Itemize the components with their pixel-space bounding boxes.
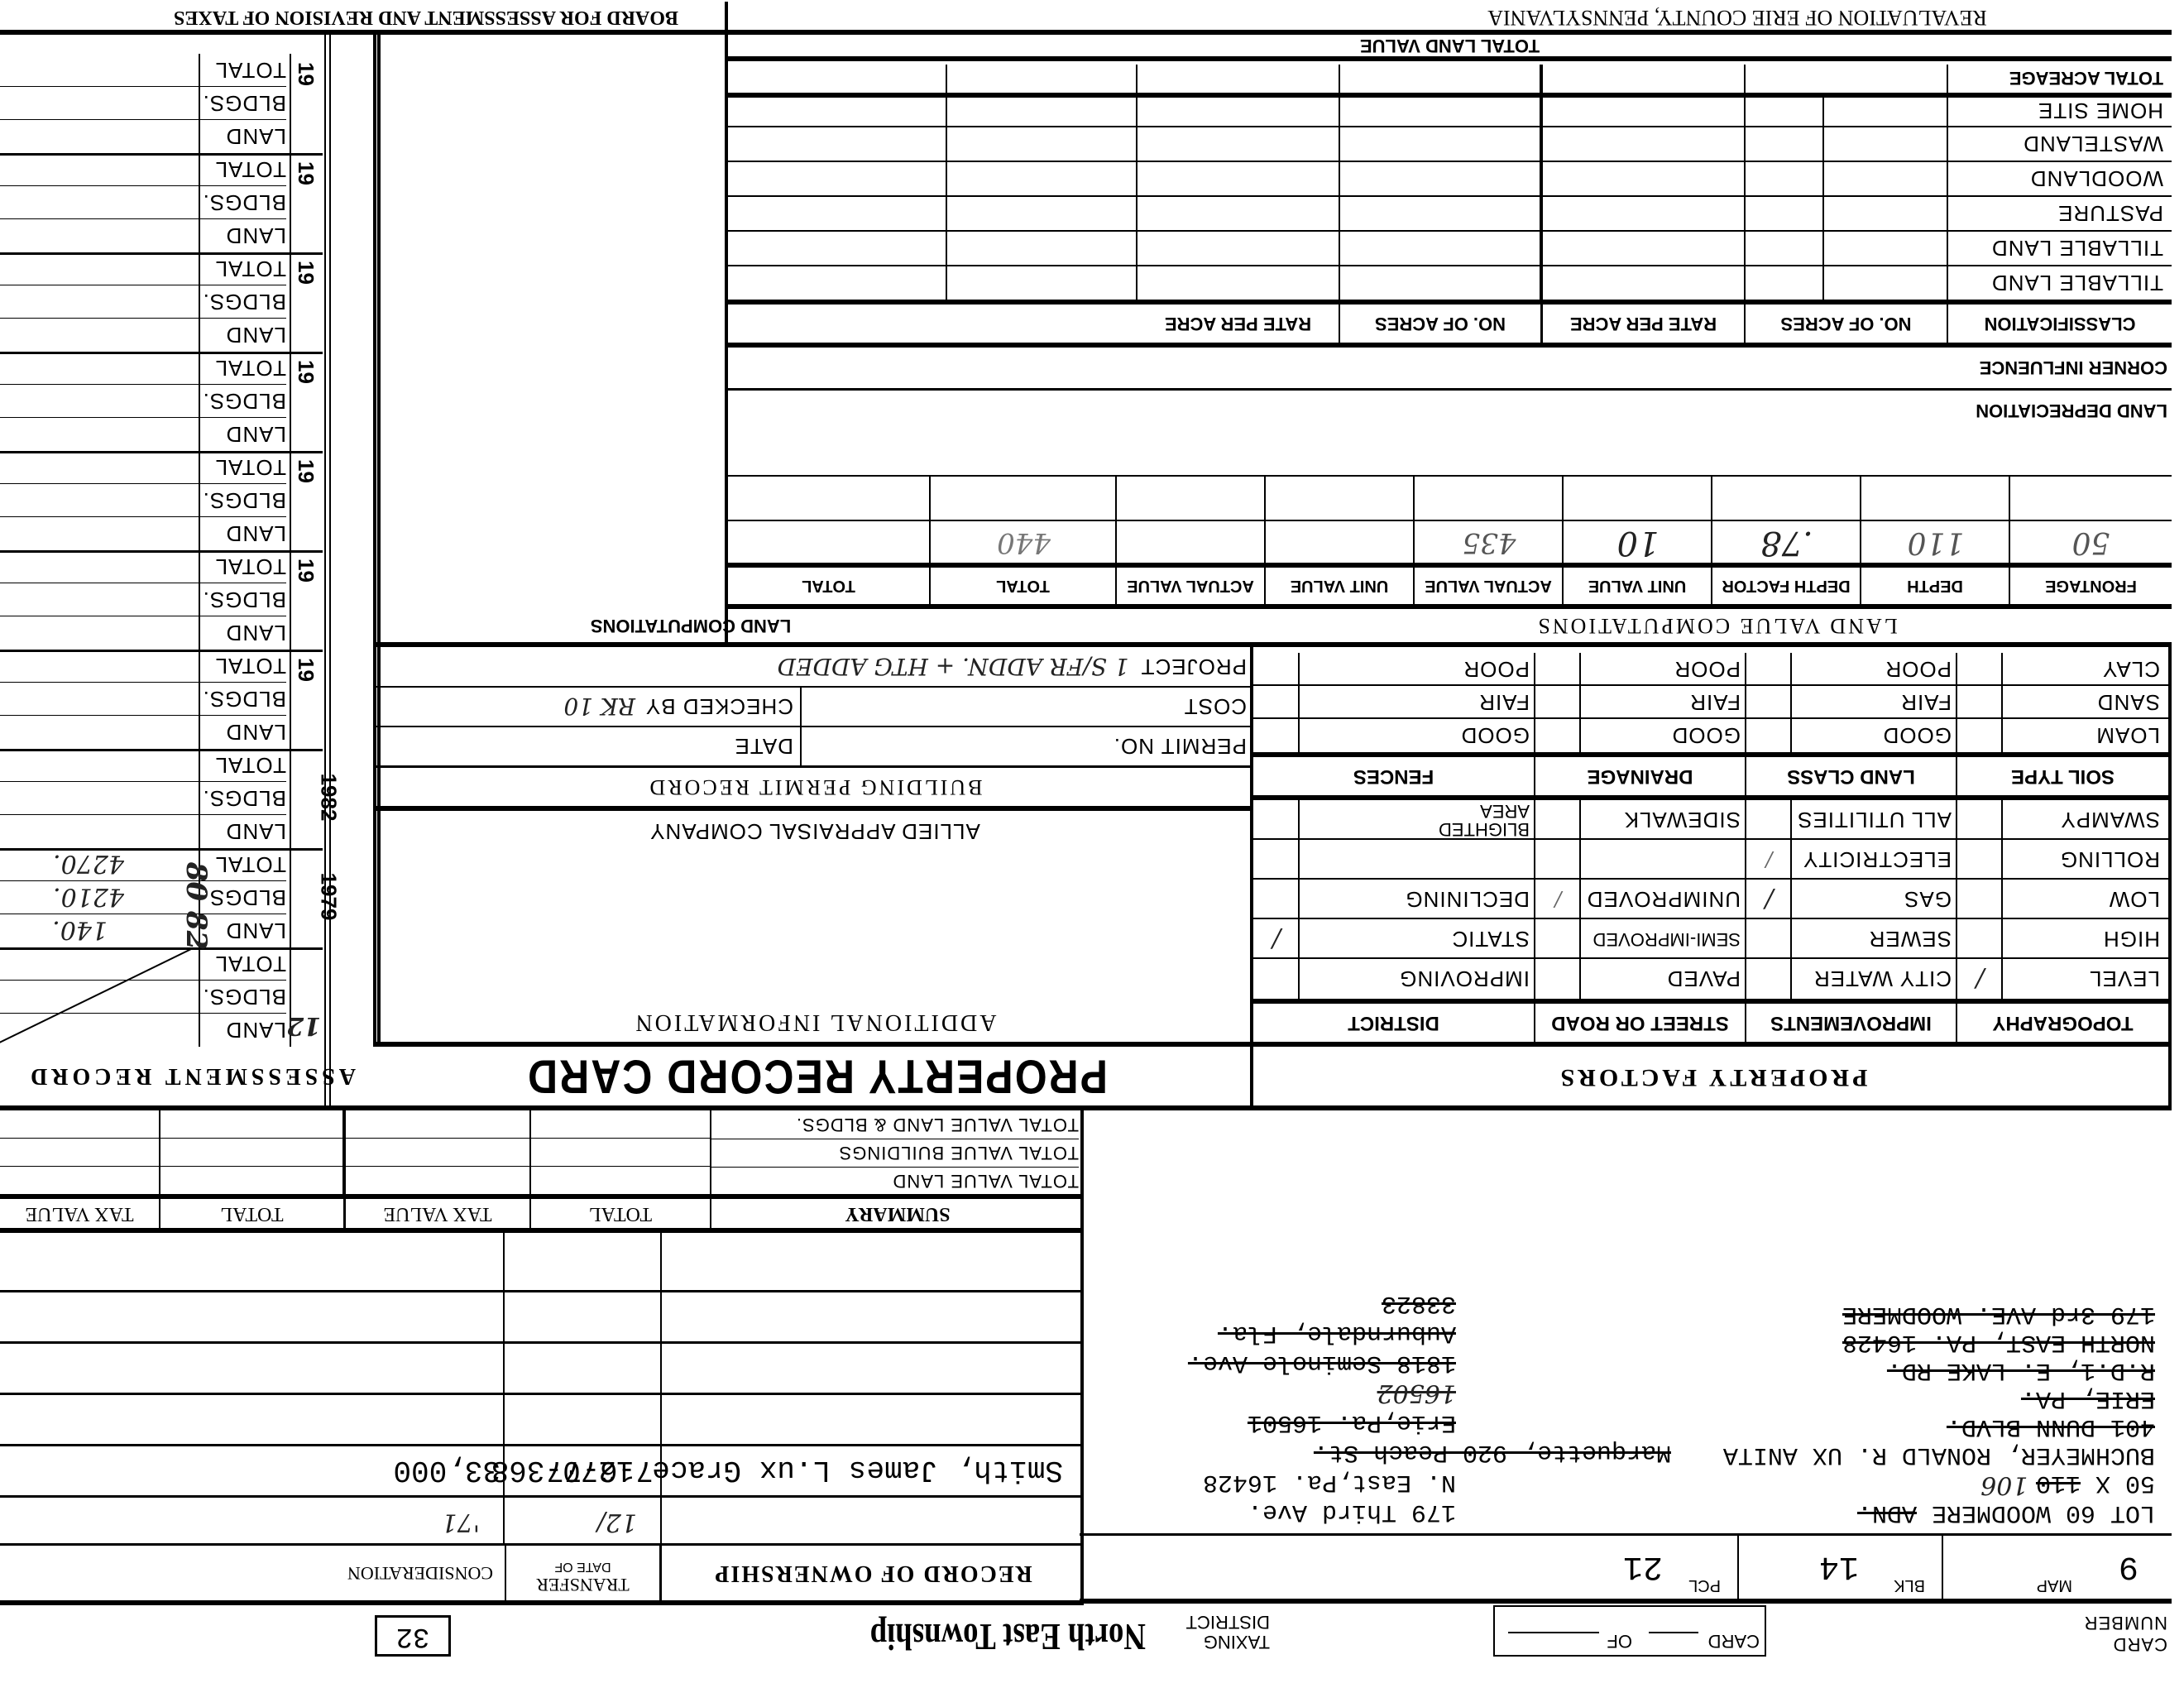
map-value: 9 (2119, 1547, 2138, 1585)
property-factors-grid: TOPOGRAPHY IMPROVEMENTS STREET OR ROAD D… (1253, 653, 2168, 1042)
old-mailing-line: Erie,Pa. 16501 (1075, 1407, 1456, 1437)
land-value-table: FRONTAGE DEPTH DEPTH FACTOR UNIT VALUE A… (728, 405, 2172, 604)
district-improving[interactable]: IMPROVING (1399, 959, 1530, 999)
old-address-line: 401 DUNN BLVD. (1642, 1412, 2155, 1441)
class-wasteland: WASTELAND (2023, 127, 2163, 161)
drainage-poor[interactable]: POOR (1674, 653, 1741, 686)
permit-cost-field[interactable]: COST (800, 688, 1247, 726)
taxing-district-label: TAXING DISTRICT (1158, 1612, 1270, 1652)
old-mailing-line: 33823 (1075, 1288, 1456, 1318)
property-factors-title: PROPERTY FACTORS (1253, 1050, 2172, 1105)
permit-date-field[interactable]: DATE (386, 727, 800, 765)
land-class-good[interactable]: GOOD (1883, 719, 1952, 752)
ownership-row[interactable]: 12/ '71 (0, 1495, 1084, 1543)
old-address-line: 179 3rd AVE. WOODMERE (1642, 1300, 2155, 1328)
soil-clay[interactable]: CLAY (2102, 653, 2160, 686)
summary-row-total: TOTAL VALUE LAND & BLDGS. (711, 1110, 1079, 1139)
street-paved[interactable]: PAVED (1667, 959, 1741, 999)
soil-loam[interactable]: LOAM (2095, 719, 2160, 752)
additional-info-area[interactable] (381, 852, 1249, 1001)
mailing-address-line: 179 Third Ave. (1075, 1497, 1456, 1527)
district-blighted-area[interactable]: BLIGHTED AREA (1397, 800, 1530, 840)
ownership-row[interactable]: Smith, James L.ux Grace 1270-368 7-6-77 … (0, 1444, 1084, 1495)
building-permit-title: BUILDING PERMIT RECORD (381, 768, 1249, 806)
assessment-year-block[interactable]: LAND BLDGS. TOTAL 12 (0, 947, 323, 1047)
assessment-year-block[interactable]: 19 LAND BLDGS. TOTAL (0, 352, 323, 451)
consideration-header: CONSIDERATION (0, 1544, 505, 1602)
old-mailing-line: Auburndale, Fla. (1075, 1318, 1456, 1348)
assessment-bldgs-value: 4210. (53, 882, 124, 911)
class-woodland: WOODLAND (2030, 162, 2163, 195)
of-label: OF (1607, 1630, 1632, 1652)
taxing-district-value: North East Township (870, 1615, 1146, 1659)
class-total-acreage: TOTAL ACREAGE (2009, 63, 2163, 93)
old-mailing-line: 16502 (1075, 1378, 1456, 1407)
checked-by-field[interactable]: CHECKED BY RK 10 (386, 688, 800, 726)
ownership-title: RECORD OF OWNERSHIP (662, 1544, 1084, 1602)
class-home-site: HOME SITE (2038, 96, 2163, 126)
topography-level[interactable]: LEVEL (2089, 959, 2160, 999)
card-of-box[interactable]: CARD OF (1493, 1605, 1766, 1657)
land-computations-label: LAND COMPUTATIONS (422, 609, 960, 642)
improvements-gas[interactable]: GAS (1904, 880, 1952, 919)
assessment-year-block[interactable]: 19 LAND BLDGS. TOTAL (0, 153, 323, 252)
improvements-all-utilities[interactable]: ALL UTILITIES (1797, 800, 1952, 840)
assessment-year-block[interactable]: 1979 LAND BLDGS. TOTAL 140. 4210. 4270. … (0, 848, 323, 947)
fences-poor[interactable]: POOR (1463, 653, 1530, 686)
address-left: LOT 60 WOODMERE ADN. 50 X 110 106 BUCHME… (1642, 1300, 2155, 1527)
additional-info-title: ADDITIONAL INFORMATION (381, 1001, 1249, 1043)
old-address-line: ERIE, PA. (1642, 1384, 2155, 1412)
class-tillable-land-2: TILLABLE LAND (1991, 232, 2163, 265)
card-title: PROPERTY RECORD CARD (381, 1044, 1253, 1109)
map-cell[interactable]: MAP 9 (1942, 1535, 2172, 1601)
dimension-line: 50 X 110 106 (1642, 1469, 2155, 1499)
appraisal-company: ALLIED APPRAISAL COMPANY (381, 815, 1249, 848)
land-value-title: LAND VALUE COMPUTATIONS (1262, 609, 2172, 642)
topography-rolling[interactable]: ROLLING (2060, 840, 2160, 880)
class-tillable-land: TILLABLE LAND (1991, 266, 2163, 300)
assessment-year-block[interactable]: 19 LAND BLDGS. TOTAL (0, 451, 323, 550)
drainage-good[interactable]: GOOD (1672, 719, 1741, 752)
assessment-year-block[interactable]: 19 LAND BLDGS. TOTAL (0, 54, 323, 153)
project-field[interactable]: PROJECT 1 S/FR ADDN. + HTG ADDED (386, 648, 1247, 686)
legal-desc-line: LOT 60 WOODMERE ADN. (1642, 1499, 2155, 1527)
soil-rows: LOAM SAND CLAY GOOD FAIR POOR GOOD FAIR … (1253, 653, 2168, 752)
blk-value: 14 (1819, 1547, 1859, 1585)
old-address-line: R.D.1, E. LAKE RD. (1642, 1356, 2155, 1384)
ownership-row[interactable] (0, 1290, 1084, 1341)
ownership-row[interactable] (0, 1393, 1084, 1444)
drainage-fair[interactable]: FAIR (1689, 686, 1741, 719)
blk-cell[interactable]: BLK 14 (1737, 1535, 1942, 1601)
depth-value[interactable]: 110 (1861, 523, 2010, 563)
board-title: BOARD FOR ASSESSMENT AND REVISION OF TAX… (12, 3, 840, 31)
old-address-line: NORTH EAST, PA. 16428 (1642, 1328, 2155, 1356)
fences-fair[interactable]: FAIR (1478, 686, 1530, 719)
class-pasture: PASTURE (2057, 197, 2163, 230)
mailing-address-line: N. East,Pa. 16428 (1075, 1467, 1456, 1497)
street-sidewalk[interactable]: SIDEWALK (1624, 800, 1741, 840)
revaluation-title: REVALUATION OF ERIE COUNTY, PENNSYLVANIA (1448, 3, 2027, 31)
street-semi-improved[interactable]: SEMI-IMPROVED (1593, 919, 1741, 959)
summary-row-land: TOTAL VALUE LAND (711, 1167, 1079, 1195)
assessment-total-value: 4270. (53, 849, 124, 878)
property-record-card: CARD NUMBER CARD OF TAXING DISTRICT Nort… (0, 0, 2184, 1688)
ownership-row[interactable] (0, 1235, 1084, 1290)
check-mark-icon[interactable]: / (1535, 880, 1581, 919)
summary-header: SUMMARY TOTAL TAX VALUE TOTAL TAX VALUE (0, 1199, 1084, 1229)
transfer-date: 7-6-77 (546, 1453, 654, 1487)
assessment-title: ASSESSMENT RECORD (0, 1055, 356, 1096)
improvements-sewer[interactable]: SEWER (1869, 919, 1952, 959)
check-mark-icon[interactable]: / (1746, 880, 1792, 919)
date-of-transfer-header: TRANSFER DATE OF (505, 1544, 662, 1602)
assessment-year-block[interactable]: 19 LAND BLDGS. TOTAL (0, 650, 323, 749)
actual-value[interactable]: 435 (1415, 523, 1564, 563)
assessment-grid: LAND BLDGS. TOTAL 12 1979 LAND BLDGS. TO… (0, 33, 323, 1047)
unit-value[interactable]: 10 (1564, 523, 1712, 563)
permit-no-field[interactable]: PERMIT NO. (800, 727, 1247, 765)
topography-high[interactable]: HIGH (2103, 919, 2160, 959)
box-number: 32 (375, 1615, 451, 1657)
parcel-id-row: MAP 9 BLK 14 PCL 21 (1080, 1535, 2172, 1601)
assessment-year-block[interactable]: 19 LAND BLDGS. TOTAL (0, 252, 323, 352)
fences-good[interactable]: GOOD (1461, 719, 1530, 752)
owner-name: BUCHMEYER, RONALD R. UX ANITA (1642, 1441, 2155, 1469)
district-declining[interactable]: DECLINING (1405, 880, 1530, 919)
card-number-label: CARD NUMBER (2068, 1612, 2167, 1655)
address-right: 179 Third Ave. N. East,Pa. 16428 Marquet… (1075, 1288, 1456, 1527)
summary-rows: TOTAL VALUE LAND TOTAL VALUE BUILDINGS T… (0, 1109, 1084, 1195)
old-mailing-line: 1818 Seminole Ave. (1075, 1348, 1456, 1378)
ownership-header: RECORD OF OWNERSHIP TRANSFER DATE OF CON… (0, 1544, 1084, 1602)
land-class-poor[interactable]: POOR (1885, 653, 1952, 686)
corner-influence-label: CORNER INFLUENCE (1837, 348, 2167, 387)
pcl-cell[interactable]: PCL 21 (1080, 1535, 1737, 1601)
consideration-value: 33,000 (393, 1453, 500, 1487)
total-value[interactable]: 440 (931, 523, 1117, 563)
card-label: CARD (1708, 1630, 1760, 1652)
total-land-value-label: TOTAL LAND VALUE (728, 33, 2172, 58)
building-permit-grid: PERMIT NO. DATE COST CHECKED BY RK 10 PR… (376, 645, 1253, 765)
improvements-city-water[interactable]: CITY WATER (1813, 959, 1952, 999)
factor-rows: LEVEL HIGH LOW ROLLING SWAMPY / CITY WAT… (1253, 800, 2168, 999)
soil-sand[interactable]: SAND (2097, 686, 2160, 719)
old-mailing-line: Marquette, 920 Peach St. (1075, 1437, 1671, 1467)
check-mark-icon[interactable]: / (1746, 840, 1792, 880)
check-mark-icon[interactable]: / (1957, 959, 2003, 999)
depth-factor-value[interactable]: .78 (1712, 523, 1861, 563)
district-static[interactable]: STATIC (1451, 919, 1530, 959)
topography-swampy[interactable]: SWAMPY (2060, 800, 2160, 840)
pcl-value: 21 (1623, 1547, 1663, 1585)
topography-low[interactable]: LOW (2109, 880, 2160, 919)
improvements-electricity[interactable]: ELECTRICITY (1803, 840, 1952, 880)
land-class-fair[interactable]: FAIR (1900, 686, 1952, 719)
street-unimproved[interactable]: UNIMPROVED (1587, 880, 1741, 919)
assessment-year-block[interactable]: 1982 LAND BLDGS. TOTAL (0, 749, 323, 848)
frontage-value[interactable]: 50 (2010, 523, 2172, 563)
assessment-year-block[interactable]: 19 LAND BLDGS. TOTAL (0, 550, 323, 650)
assessment-land-value: 140. (52, 915, 108, 944)
summary-row-buildings: TOTAL VALUE BUILDINGS (711, 1139, 1079, 1167)
ownership-row[interactable] (0, 1341, 1084, 1393)
classification-table: CLASSIFICATION NO. OF ACRES RATE PER ACR… (728, 61, 2172, 343)
land-depreciation-label: LAND DEPRECIATION (1837, 391, 2167, 430)
check-mark-icon[interactable]: / (1253, 919, 1300, 959)
